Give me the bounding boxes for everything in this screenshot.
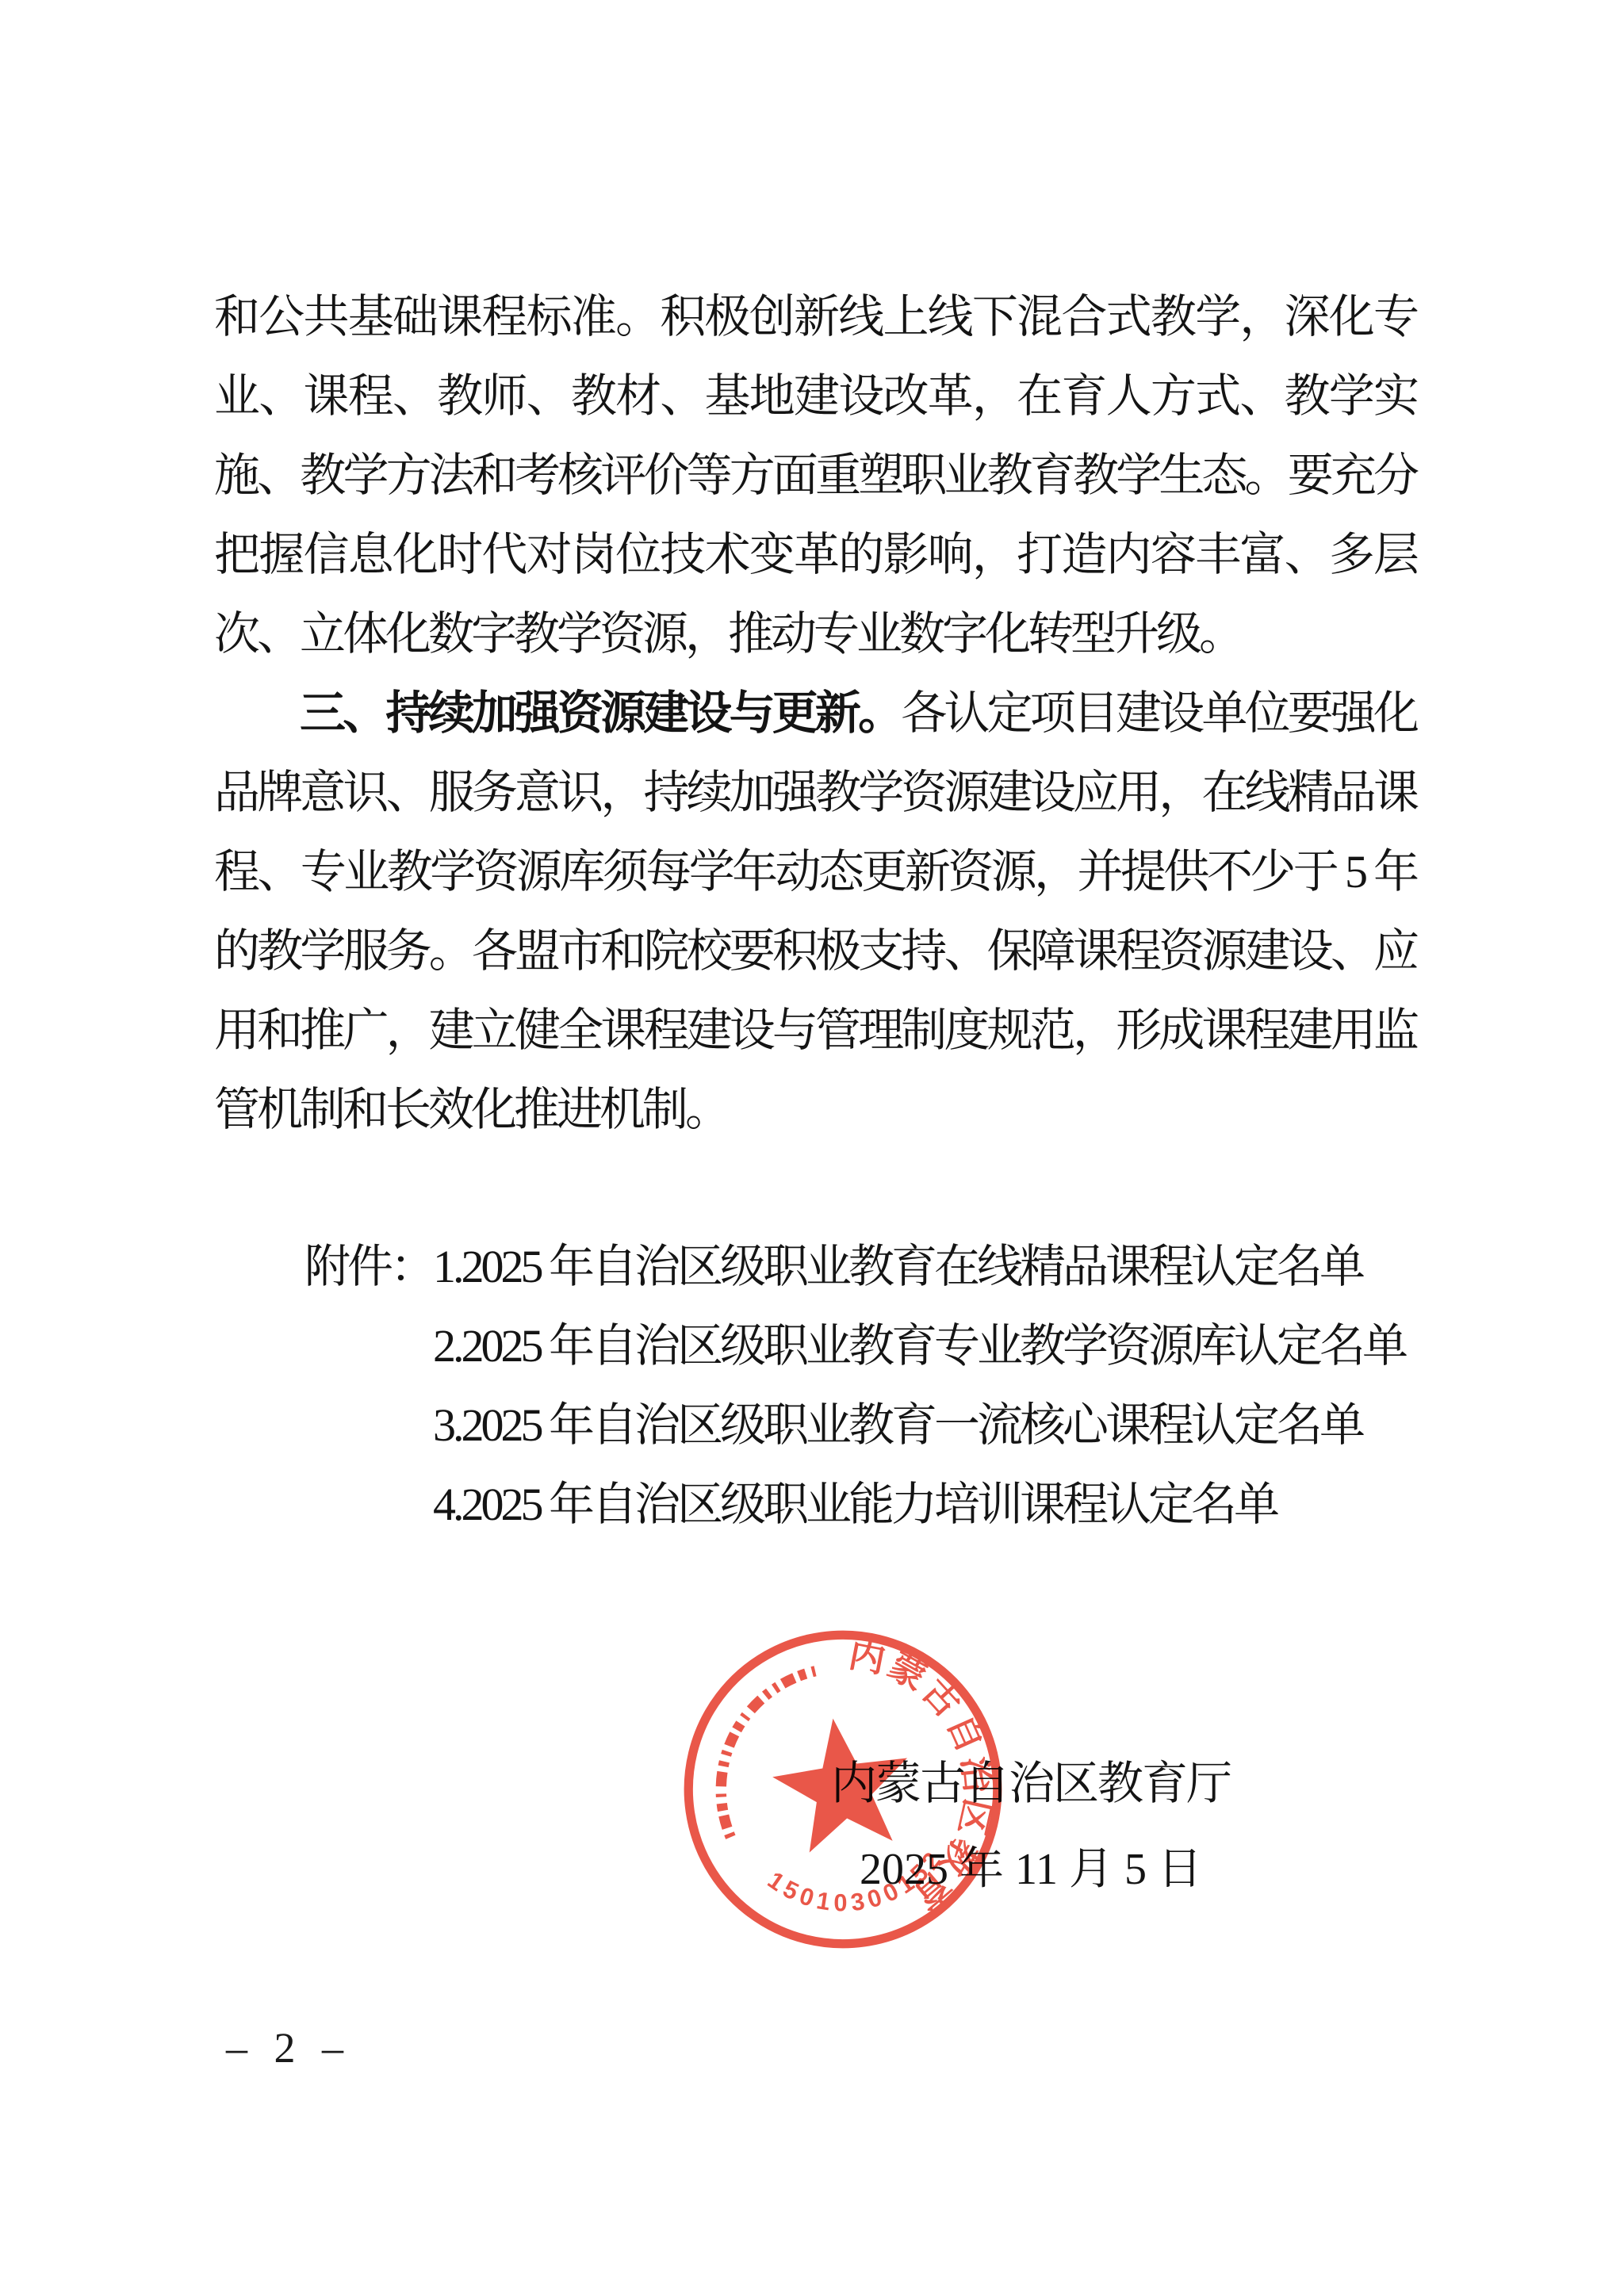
attachments-label: 附件：	[304, 1227, 433, 1307]
page-number: – 2 –	[226, 2023, 351, 2072]
attachment-item: 2.2025 年自治区级职业教育专业教学资源库认定名单	[433, 1307, 1405, 1386]
attachment-item: 3.2025 年自治区级职业教育一流核心课程认定名单	[433, 1386, 1405, 1465]
attachment-item: 4.2025 年自治区级职业能力培训课程认定名单	[433, 1465, 1405, 1544]
signature-date: 2025 年 11 月 5 日	[793, 1830, 1269, 1909]
body-text: 和公共基础课程标准。积极创新线上线下混合式教学，深化专业、课程、教师、教材、基地…	[214, 277, 1416, 1150]
paragraph-section-3: 三、持续加强资源建设与更新。各认定项目建设单位要强化品牌意识、服务意识，持续加强…	[214, 674, 1416, 1150]
attachment-item: 1.2025 年自治区级职业教育在线精品课程认定名单	[433, 1227, 1405, 1307]
paragraph-text: 和公共基础课程标准。积极创新线上线下混合式教学，深化专业、课程、教师、教材、基地…	[214, 291, 1416, 660]
attachments-list: 1.2025 年自治区级职业教育在线精品课程认定名单 2.2025 年自治区级职…	[433, 1227, 1405, 1544]
paragraph-continuation: 和公共基础课程标准。积极创新线上线下混合式教学，深化专业、课程、教师、教材、基地…	[214, 277, 1416, 674]
paragraph-text: 各认定项目建设单位要强化品牌意识、服务意识，持续加强教学资源建设应用，在线精品课…	[214, 687, 1416, 1135]
document-page: 和公共基础课程标准。积极创新线上线下混合式教学，深化专业、课程、教师、教材、基地…	[0, 0, 1624, 2296]
signature-agency: 内蒙古自治区教育厅	[793, 1744, 1269, 1823]
attachments-block: 附件： 1.2025 年自治区级职业教育在线精品课程认定名单 2.2025 年自…	[304, 1227, 1405, 1544]
section-heading: 三、持续加强资源建设与更新。	[300, 687, 901, 739]
